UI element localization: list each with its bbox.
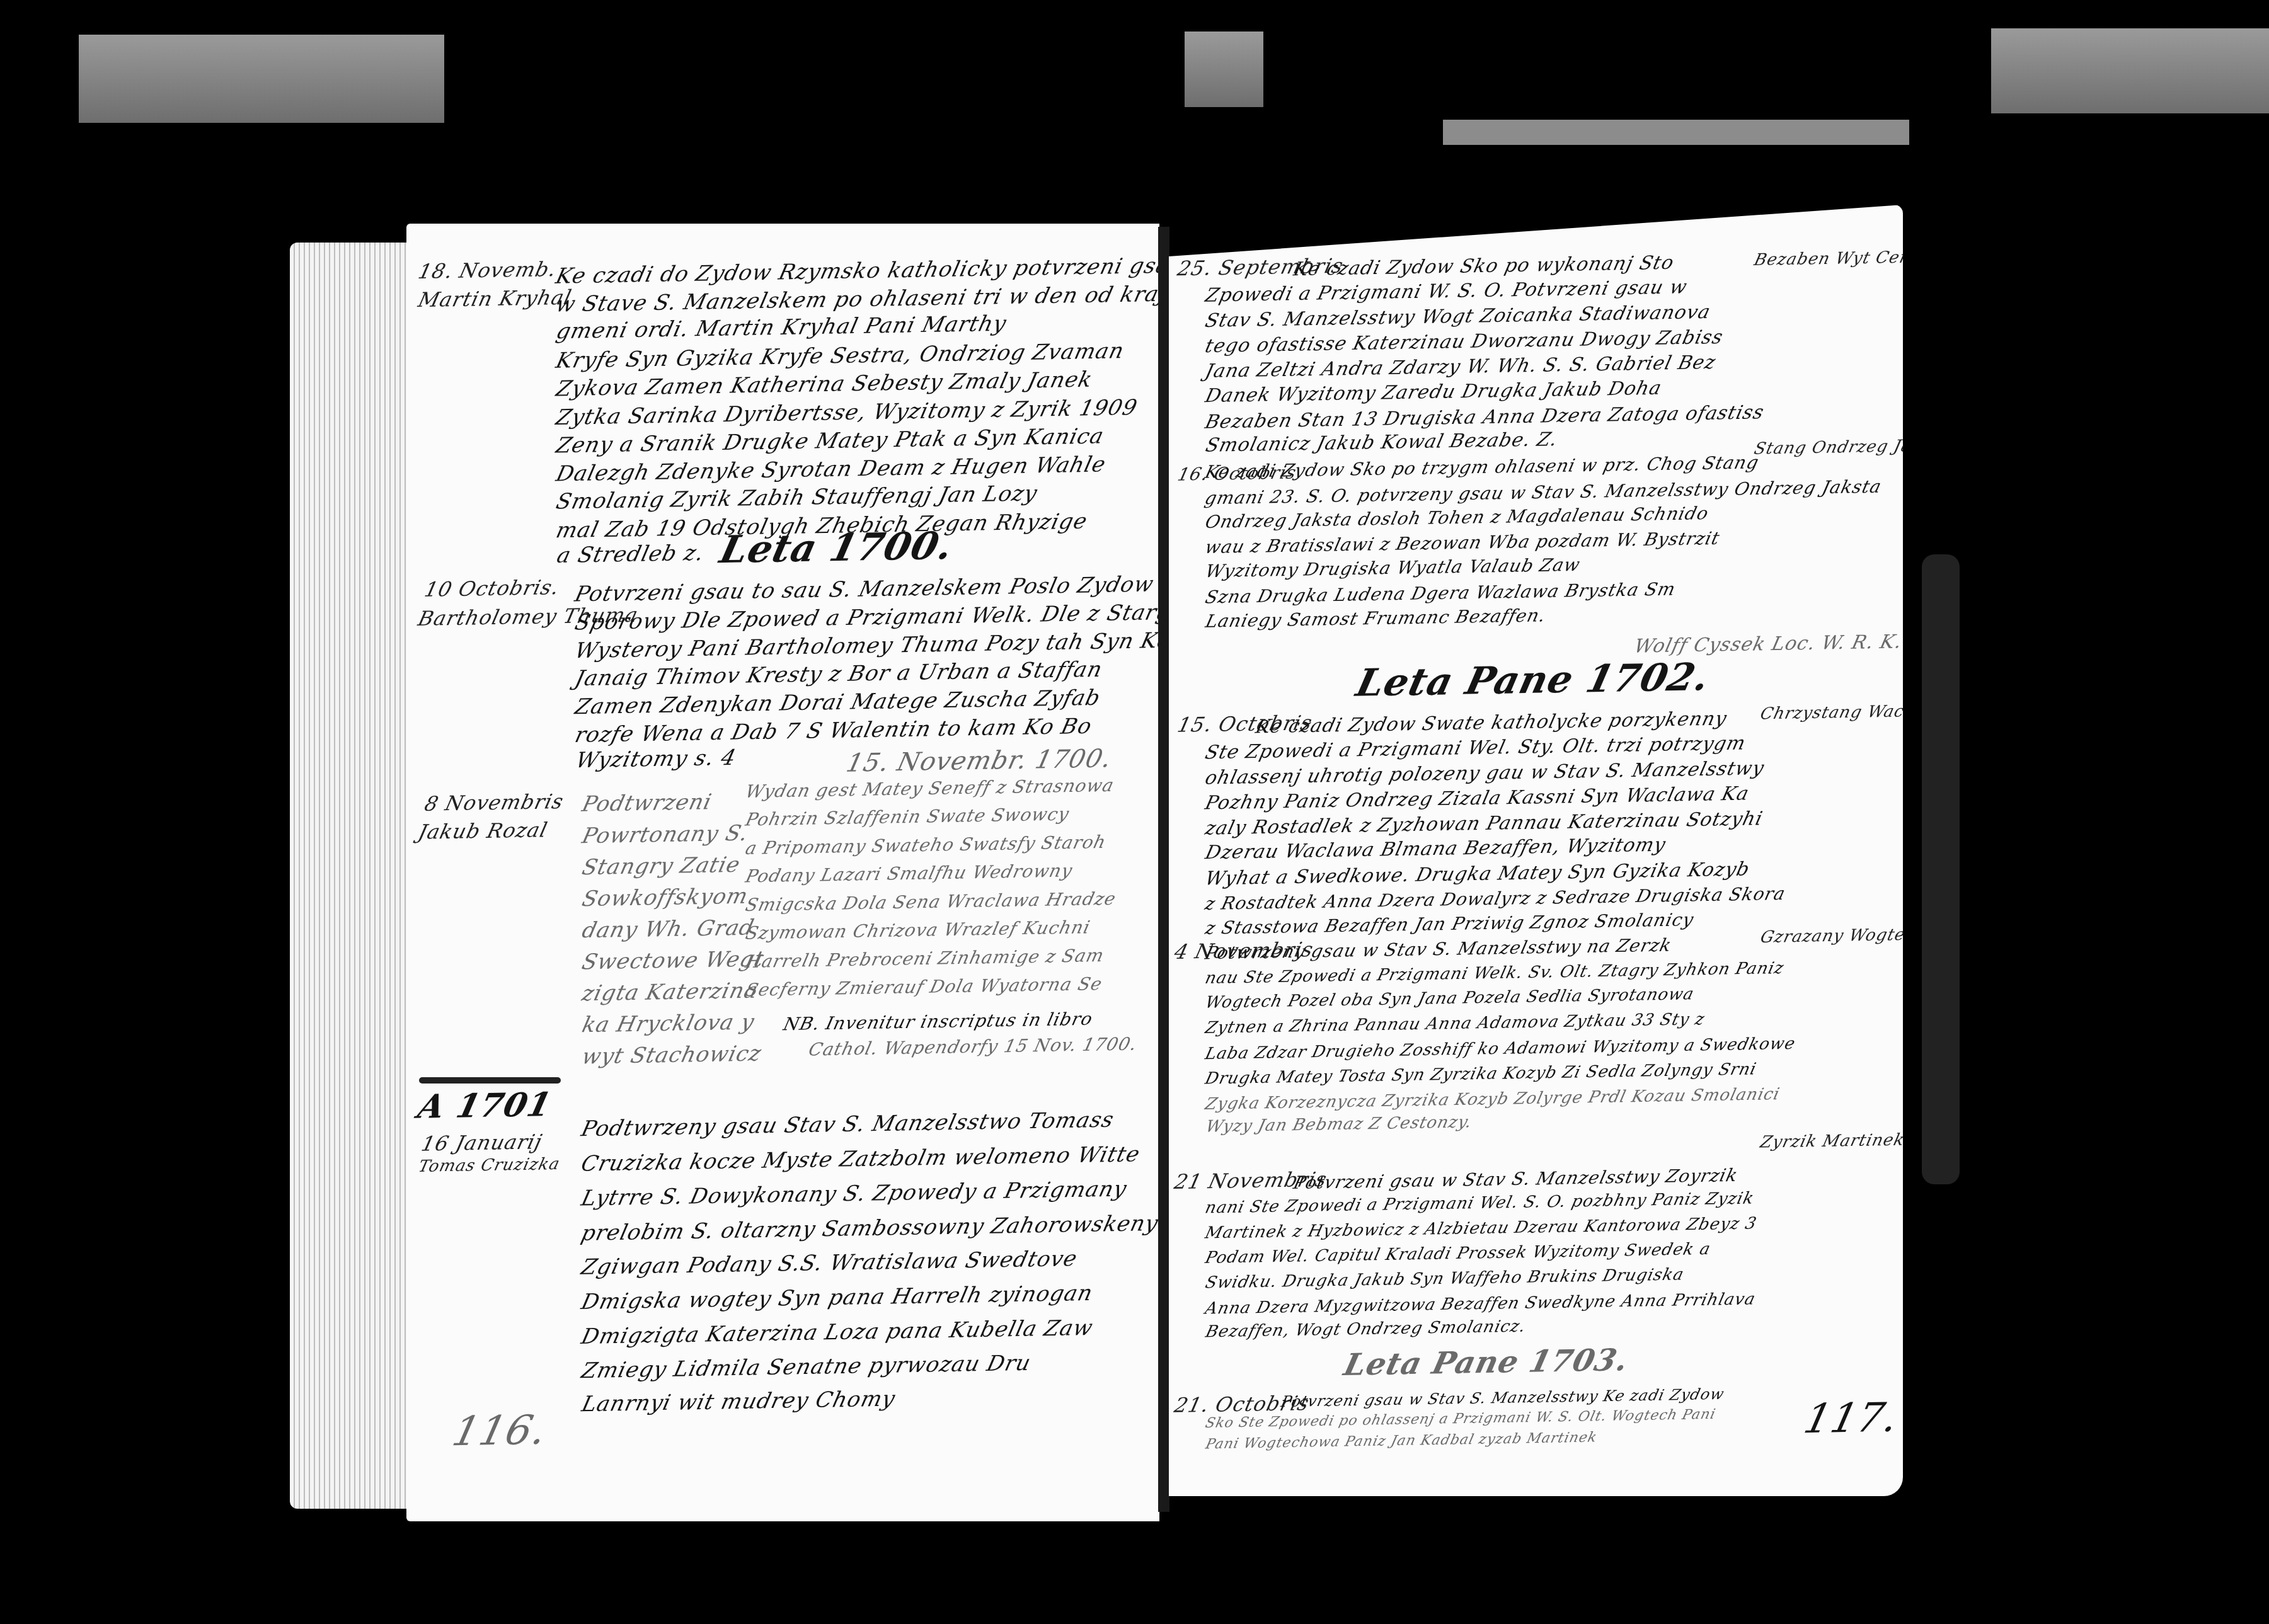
margin-date: 18. Novemb. [416,257,559,283]
book-page-edges [290,243,410,1509]
text-line: Smolanicz Jakub Kowal Bezabe. Z. [1203,428,1560,457]
text-line: Drugka Matey Tosta Syn Zyrzika Kozyb Zi … [1203,1060,1759,1088]
text-line: Secferny Zmierauf Dola Wyatorna Se [744,973,1105,1000]
right-page: 25. Septembris Bezaben Wyt Cerwenka Ke c… [1169,205,1903,1496]
text-line: Ke czadi Zydow Sko po wykonanj Sto [1292,252,1677,280]
text-line: Sowkoffskyom [580,884,750,912]
left-page: 18. Novemb. Martin Kryhal Ke czadi do Zy… [406,224,1159,1521]
separator-rule [419,1077,561,1084]
text-line: Zykova Zamen Katherina Sebesty Zmaly Jan… [554,367,1095,402]
text-line: Wyzy Jan Bebmaz Z Cestonzy. [1204,1112,1474,1136]
note-line: NB. Invenitur inscriptus in libro [781,1009,1094,1035]
text-line: Stangry Zatie [580,852,743,880]
text-line: Swidku. Drugka Jakub Syn Waffeho Brukins… [1203,1265,1686,1292]
text-line: Zytnen a Zhrina Pannau Anna Adamova Zytk… [1203,1010,1707,1038]
side-note: Zyrzik Martinek z Hyzbowicz [1759,1128,2024,1152]
text-line: Zygka Korzeznycza Zyrzika Kozyb Zolyrge … [1203,1085,1782,1114]
side-note: Bezaben Wyt Cerwenka [1752,247,1968,270]
text-line: Wogtech Pozel oba Syn Jana Pozela Sedlia… [1203,985,1696,1012]
book-strap [1922,554,1960,1184]
margin-date: 10 Octobris. [422,575,561,602]
text-line: Martinek z Hyzbowicz z Alzbietau Dzerau … [1203,1214,1759,1242]
text-line: Lanrnyi wit mudrey Chomy [579,1387,898,1417]
side-note: Stang Ondrzeg Jaksta [1752,436,1951,458]
text-line: Smigcska Dola Sena Wraclawa Hradze [744,888,1118,915]
text-line: Laba Zdzar Drugieho Zosshiff ko Adamowi … [1203,1034,1798,1063]
margin-name: Martin Kryhal [416,285,574,312]
text-line: Wyzitomy s. 4 [573,745,739,773]
text-line: Smolanig Zyrik Zabih Stauffengj Jan Lozy [554,481,1040,514]
text-line: a Pripomany Swateho Swatsfy Staroh [744,832,1108,859]
text-line: Cruzizka kocze Myste Zatzbolm welomeno W… [579,1141,1143,1176]
text-line: Wyzitomy Drugiska Wyatla Valaub Zaw [1203,554,1582,581]
text-line: Zpowedi a Przigmani W. S. O. Potvrzeni g… [1203,276,1689,306]
signature: Wolff Cyssek Loc. W. R. K. [1632,631,1904,657]
background-patch-lower [1443,120,1909,145]
side-note: Chrzystang Waclaw Kozalka [1759,700,2013,724]
text-line: Potvrzeni gsau w Stav S. Manzelsstwy Ke … [1279,1385,1726,1410]
text-line: Harrelh Prebroceni Zinhamige z Sam [744,945,1106,972]
margin-name: Jakub Rozal [416,818,550,844]
text-line: Dmigzigta Katerzina Loza pana Kubella Za… [579,1315,1096,1349]
note-line: Cathol. Wapendorfy 15 Nov. 1700. [807,1033,1139,1060]
text-line: Wydan gest Matey Seneff z Strasnowa [744,775,1117,802]
margin-name: Tomas Cruzizka [416,1155,562,1176]
text-line: Podany Lazari Smalfhu Wedrowny [744,861,1074,887]
book-gutter [1158,227,1169,1512]
text-line: ka Hrycklova y [580,1010,757,1038]
year-heading: Leta Pane 1703. [1341,1342,1633,1383]
margin-date: 16 Januarij [419,1129,544,1155]
background-patch-middle [1185,31,1263,107]
text-line: Potvrzeni gsau w Stav S. Manzelsstwy Zoy… [1292,1165,1740,1193]
text-line: Podtwrzeni [580,789,715,817]
background-patch-right [1991,28,2269,113]
text-line: Podtwrzeny gsau Stav S. Manzelsstwo Toma… [579,1107,1117,1142]
text-line: wau z Bratisslawi z Bezowan Wba pozdam W… [1203,528,1721,558]
text-line: Zmiegy Lidmila Senatne pyrwozau Dru [579,1351,1033,1383]
text-line: nau Ste Zpowedi a Przigmani Welk. Sv. Ol… [1203,959,1786,988]
text-line: Bezaffen, Wogt Ondrzeg Smolanicz. [1203,1317,1527,1342]
year-heading: A 1701 [414,1085,555,1126]
text-line: a Stredleb z. [554,540,707,568]
text-line: Lytrre S. Dowykonany S. Zpowedy a Przigm… [579,1176,1130,1211]
text-line: Anna Dzera Myzgwitzowa Bezaffen Swedkyne… [1203,1289,1758,1318]
text-line: Szymowan Chrizova Wrazlef Kuchni [744,917,1093,943]
text-line: z Stasstowa Bezaffen Jan Prziwig Zgnoz S… [1203,909,1696,938]
date-heading: 15. Novembr. 1700. [844,744,1115,777]
text-line: Podam Wel. Capitul Kraladi Prossek Wyzit… [1203,1240,1713,1267]
text-line: Dmigska wogtey Syn pana Harrelh zyinogan [579,1281,1096,1315]
text-line: gmani 23. S. O. potvrzeny gsau w Stav S.… [1203,476,1884,509]
text-line: Swectowe Wegt [580,947,767,975]
year-heading: Leta Pane 1702. [1352,655,1714,706]
text-line: rozfe Wena a Dab 7 S Walentin to kam Ko … [573,714,1094,748]
page-number: 117. [1800,1395,1903,1443]
text-line: prelobim S. oltarzny Sambossowny Zahorow… [578,1211,1161,1246]
text-line: Ke zadi Zydow Sko po trzygm ohlaseni w p… [1203,452,1761,482]
text-line: Danek Wyzitomy Zaredu Drugka Jakub Doha [1203,377,1663,408]
page-number: 116. [448,1407,551,1456]
text-line: nani Ste Zpowedi a Przigmani Wel. S. O. … [1203,1189,1756,1217]
text-line: wyt Stachowicz [580,1041,764,1070]
text-line: Pani Wogtechowa Paniz Jan Kadbal zyzab M… [1204,1430,1599,1453]
text-line: Laniegy Samost Frumanc Bezaffen. [1203,605,1548,631]
text-line: dany Wh. Grad [580,915,757,944]
background-patch-left [79,35,444,123]
margin-date: 8 Novembris [422,789,566,816]
year-heading: Leta 1700. [716,524,957,572]
text-line: Powrtonany S. [580,821,751,849]
text-line: Pohrzin Szlaffenin Swate Swowcy [744,804,1071,830]
text-line: zigta Katerzina [580,978,761,1007]
text-line: Bezaben Stan 13 Drugiska Anna Dzera Zato… [1203,401,1766,433]
text-line: Dzerau Waclawa Blmana Bezaffen, Wyzitomy [1203,834,1668,864]
text-line: Zgiwgan Podany S.S. Wratislawa Swedtove [579,1246,1080,1280]
text-line: Szna Drugka Ludena Dgera Wazlawa Brystka… [1203,579,1678,608]
